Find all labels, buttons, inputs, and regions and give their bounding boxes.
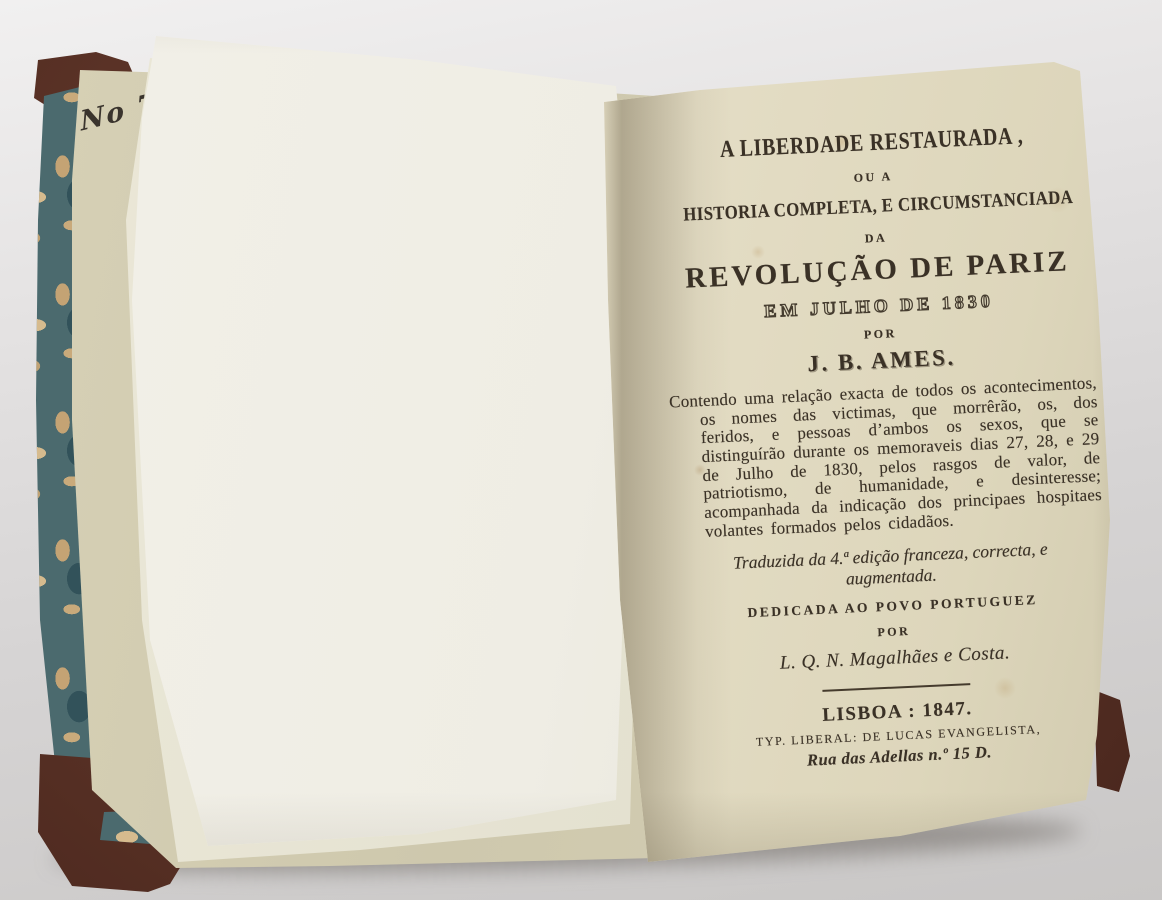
translation-note: Traduzida da 4.ª edição franceza, correc… bbox=[725, 538, 1057, 597]
book-title-line: A LIBERDADE RESTAURADA , bbox=[653, 120, 1090, 167]
summary-paragraph: Contendo uma relação exacta de todos os … bbox=[665, 374, 1107, 543]
subtitle-text: HISTORIA COMPLETA, E CIRCUMSTANCIADA bbox=[683, 187, 1074, 227]
imprint-divider-rule bbox=[822, 683, 970, 692]
book-photo-scene: No 786 A LIBERDADE RESTAURADA , OU A HIS… bbox=[0, 0, 1162, 900]
subtitle-line: HISTORIA COMPLETA, E CIRCUMSTANCIADA bbox=[656, 186, 1093, 228]
book-title-text: A LIBERDADE RESTAURADA , bbox=[719, 123, 1024, 164]
title-page-text-block: A LIBERDADE RESTAURADA , OU A HISTORIA C… bbox=[652, 92, 1118, 776]
